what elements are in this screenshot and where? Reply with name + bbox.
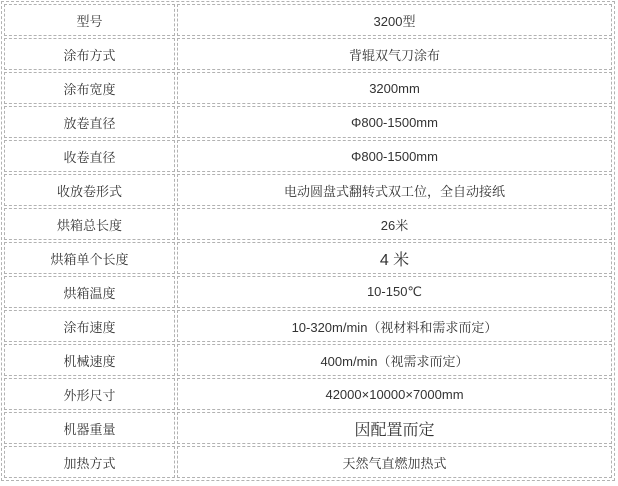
spec-label: 外形尺寸 xyxy=(4,378,175,410)
spec-label: 机器重量 xyxy=(4,412,175,444)
spec-label: 烘箱总长度 xyxy=(4,208,175,240)
table-row: 外形尺寸 42000×10000×7000mm xyxy=(4,378,612,410)
spec-value: 400m/min（视需求而定） xyxy=(177,344,612,376)
table-row: 烘箱总长度 26米 xyxy=(4,208,612,240)
table-row: 涂布速度 10-320m/min（视材料和需求而定） xyxy=(4,310,612,342)
spec-label: 型号 xyxy=(4,4,175,36)
table-row: 收放卷形式 电动圆盘式翻转式双工位，全自动接纸 xyxy=(4,174,612,206)
spec-value: 4 米 xyxy=(177,242,612,274)
spec-value: 3200mm xyxy=(177,72,612,104)
table-row: 型号 3200型 xyxy=(4,4,612,36)
spec-value: 26米 xyxy=(177,208,612,240)
spec-label: 涂布方式 xyxy=(4,38,175,70)
table-row: 加热方式 天然气直燃加热式 xyxy=(4,446,612,478)
table-row: 机器重量 因配置而定 xyxy=(4,412,612,444)
table-row: 烘箱温度 10-150℃ xyxy=(4,276,612,308)
spec-value: Φ800-1500mm xyxy=(177,106,612,138)
table-row: 机械速度 400m/min（视需求而定） xyxy=(4,344,612,376)
spec-label: 机械速度 xyxy=(4,344,175,376)
spec-label: 收卷直径 xyxy=(4,140,175,172)
spec-value: 背辊双气刀涂布 xyxy=(177,38,612,70)
spec-label: 烘箱单个长度 xyxy=(4,242,175,274)
spec-value: 3200型 xyxy=(177,4,612,36)
table-row: 收卷直径 Φ800-1500mm xyxy=(4,140,612,172)
table-row: 涂布方式 背辊双气刀涂布 xyxy=(4,38,612,70)
table-row: 放卷直径 Φ800-1500mm xyxy=(4,106,612,138)
spec-label: 放卷直径 xyxy=(4,106,175,138)
spec-label: 烘箱温度 xyxy=(4,276,175,308)
spec-value: 10-320m/min（视材料和需求而定） xyxy=(177,310,612,342)
table-row: 烘箱单个长度 4 米 xyxy=(4,242,612,274)
spec-value: Φ800-1500mm xyxy=(177,140,612,172)
spec-label: 涂布速度 xyxy=(4,310,175,342)
spec-value: 电动圆盘式翻转式双工位，全自动接纸 xyxy=(177,174,612,206)
spec-value: 因配置而定 xyxy=(177,412,612,444)
spec-value: 天然气直燃加热式 xyxy=(177,446,612,478)
spec-value: 10-150℃ xyxy=(177,276,612,308)
spec-label: 涂布宽度 xyxy=(4,72,175,104)
spec-table-body: 型号 3200型 涂布方式 背辊双气刀涂布 涂布宽度 3200mm 放卷直径 Φ… xyxy=(4,4,612,478)
table-row: 涂布宽度 3200mm xyxy=(4,72,612,104)
spec-label: 加热方式 xyxy=(4,446,175,478)
spec-label: 收放卷形式 xyxy=(4,174,175,206)
spec-value: 42000×10000×7000mm xyxy=(177,378,612,410)
spec-table: 型号 3200型 涂布方式 背辊双气刀涂布 涂布宽度 3200mm 放卷直径 Φ… xyxy=(1,1,615,481)
